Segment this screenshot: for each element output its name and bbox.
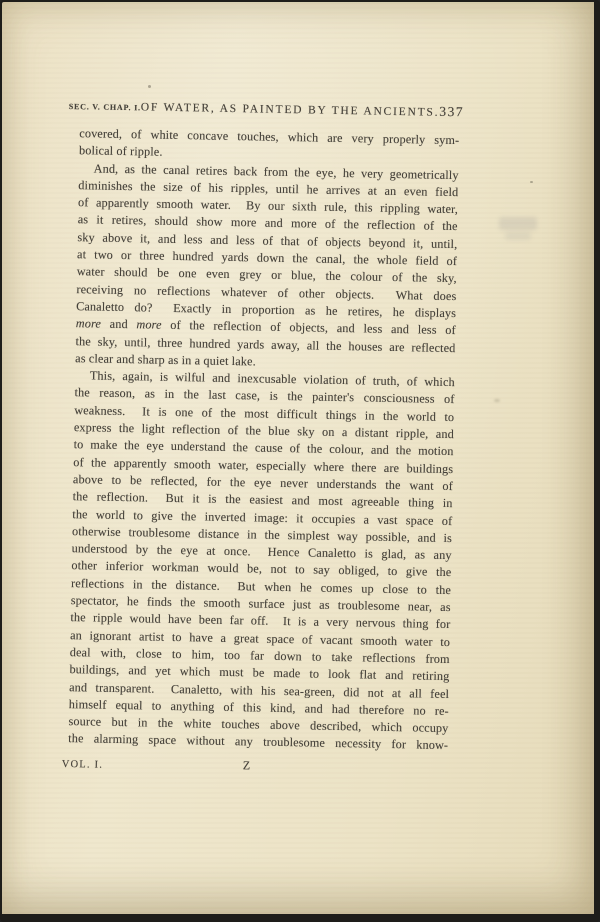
scanned-book-page: SEC. V. CHAP. I. OF WATER, AS PAINTED BY… [0, 0, 600, 922]
show-through-smudge [505, 232, 531, 240]
text-lines: covered, of white concave touches, which… [68, 125, 459, 755]
running-title: OF WATER, AS PAINTED BY THE ANCIENTS. [141, 101, 440, 118]
paper-speck [148, 85, 151, 88]
paper-speck [494, 399, 500, 402]
page-number: 337 [439, 104, 464, 120]
volume-label: VOL. I. [62, 759, 104, 771]
show-through-smudge [499, 217, 537, 230]
paper-speck [530, 181, 533, 183]
text-block: SEC. V. CHAP. I. OF WATER, AS PAINTED BY… [57, 97, 464, 779]
page-footer: VOL. I. Z [62, 754, 448, 779]
section-label: SEC. V. CHAP. I. [69, 102, 141, 112]
signature-mark: Z [243, 758, 251, 773]
page-header: SEC. V. CHAP. I. OF WATER, AS PAINTED BY… [69, 97, 464, 120]
